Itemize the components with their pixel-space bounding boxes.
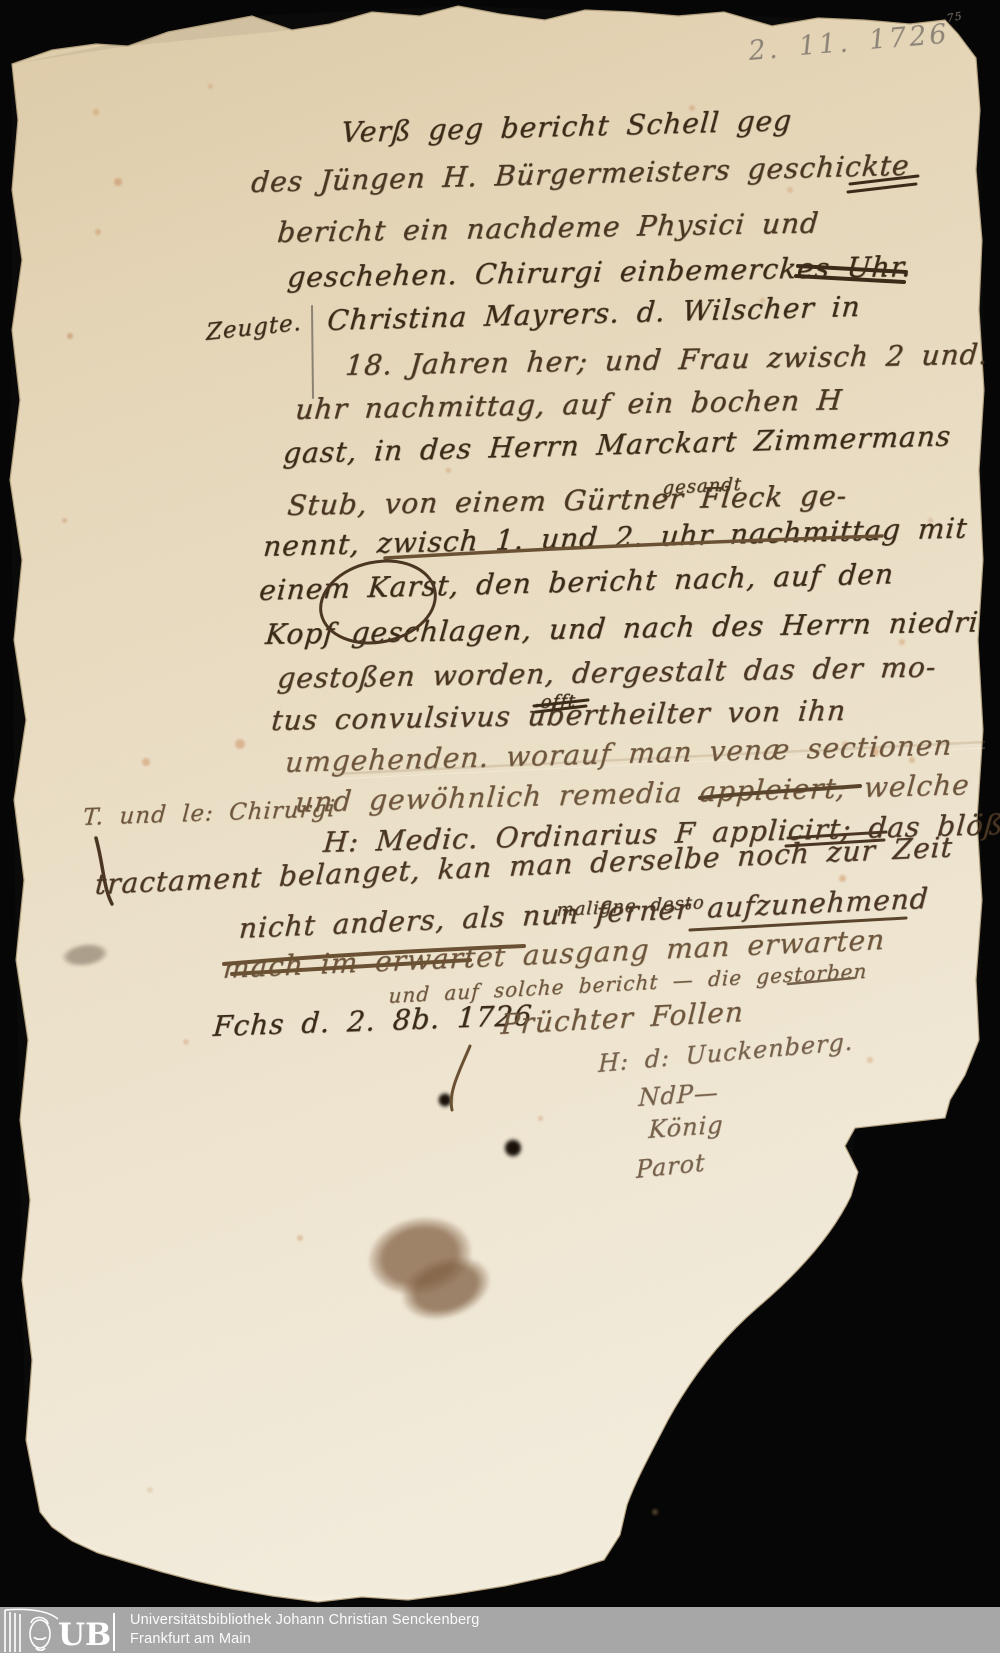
footer-text: Universitätsbibliothek Johann Christian … [122,1611,480,1649]
ub-logo-text: UB [58,1617,111,1653]
ink-strokes [0,0,1000,1653]
ub-logo-graphic: UB [0,1607,122,1653]
library-footer: UB Universitätsbibliothek Johann Christi… [0,1607,1000,1653]
digitized-manuscript-view: 2. 11. 1726 75 Verß geg bericht Schell g… [0,0,1000,1653]
footer-city: Frankfurt am Main [130,1630,480,1649]
ub-logo: UB [0,1607,122,1653]
footer-institution: Universitätsbibliothek Johann Christian … [130,1611,480,1630]
